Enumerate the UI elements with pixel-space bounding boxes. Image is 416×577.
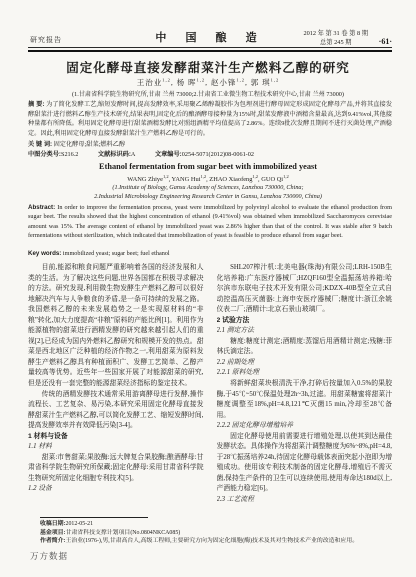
article-meta-line: 中图分类号:S216.2 文献标识码:A 文章编号:0254-5071(2012… [28,149,392,158]
keywords-en-text: immobilized yeast; sugar beet; fuel etha… [63,250,170,257]
author-name: 郭 琪 [251,78,271,87]
author-name: WANG Zhiye [127,176,163,183]
affiliation-en: (1.Institute of Biology, Gansu Academy o… [0,184,416,202]
abstract-en-label: Abstract: [28,204,55,211]
section-heading: 1.2 设备 [28,484,204,495]
keywords-cn: 关 键 词: 固定化酵母;甜菜;燃料乙醇 [28,139,392,148]
section-heading: 2.2.1 原料处理 [217,368,393,379]
abstract-en: Abstract: In order to improve the fermen… [28,203,392,240]
wanfang-watermark: 万方数据 [30,550,68,562]
section-heading: 2 试验方法 [217,316,393,327]
document-code: 文献标识码:A [98,151,135,158]
article-title-en: Ethanol fermentation from sugar beet wit… [0,162,416,171]
author-affiliation-sup: 1,2 [162,78,171,83]
body-column-left: 目前,能源和粮食问题严重影响着各国的经济发展和人类的生活。为了解决这些问题,世界… [28,263,204,513]
section-heading: 2.2 前期处理 [217,358,393,369]
section-heading: 2.1 测定方法 [217,326,393,337]
header-rule-thick [28,50,392,52]
author-affiliation-sup: 1,2 [197,78,206,83]
body-columns: 目前,能源和粮食问题严重影响着各国的经济发展和人类的生活。为了解决这些问题,世界… [28,263,392,513]
authors-en: WANG Zhiye1,2, YANG Hui1,2, ZHAO Xiaofen… [0,174,416,183]
body-paragraph: 甜菜:市售甜菜;果胶酶:远大牌复合果胶酶;酿酒酵母:甘肃省科学院生物研究所保藏;… [28,453,204,485]
footnote-block: 收稿日期:2012-05-21 基金项目:甘肃省科技支撑计划项目(No.0804… [40,520,392,546]
footnote-fund: 基金项目:甘肃省科技支撑计划项目(No.0804NKCA085) [40,529,392,538]
journal-header: 研究报告 中 国 酿 造 2012 年 第 31 卷 第 8 期 总第 245 … [28,27,392,47]
abstract-en-text: In order to improve the fermentation pro… [28,204,392,239]
author-affiliation-sup: 1,2 [252,174,258,179]
keywords-en-label: Key words: [28,250,61,257]
author-affiliation-sup: 1,2 [200,174,206,179]
body-paragraph: 固定化酵母使用前需要进行增殖处理,以使其到达最佳发酵状态。具体操作为将甜菜汁调整… [217,432,393,495]
issue-volume: 2012 年 第 31 卷 第 8 期 [303,30,368,37]
section-heading: 1.1 材料 [28,442,204,453]
affiliation-en-line1: (1.Institute of Biology, Gansu Academy o… [112,184,303,191]
author-affiliation-sup: 1,2 [236,78,245,83]
scanned-paper-page: 研究报告 中 国 酿 造 2012 年 第 31 卷 第 8 期 总第 245 … [0,0,416,577]
footnote-received: 收稿日期:2012-05-21 [40,520,392,529]
body-column-right: SHL207榨汁机:北美电器(珠海)有限公司;LRH-150B生化培养箱:广东医… [217,263,393,513]
author-name: 王治业 [137,78,163,87]
affiliation-en-line2: 2.Industrial Microbiology Engineering Re… [94,193,322,200]
abstract-cn-text: 为了简化发酵工艺,缩短发酵时间,提高发酵效率,采用聚乙烯醇凝胶作为包埋剂进行酵母… [28,101,392,137]
section-heading: 1 材料与设备 [28,432,204,443]
keywords-cn-label: 关 键 词: [28,141,52,148]
author-affiliation-sup: 1,2 [163,174,169,179]
author-name: GUO Qi [261,176,283,183]
page-number: ·61· [379,37,392,46]
body-paragraph: SHL207榨汁机:北美电器(珠海)有限公司;LRH-150B生化培养箱:广东医… [217,263,393,316]
author-affiliation-sup: 1,2 [271,78,280,83]
article-id: 文章编号:0254-5071(2012)08-0061-02 [155,151,254,158]
article-title-cn: 固定化酵母直接发酵甜菜汁生产燃料乙醇的研究 [0,58,416,76]
issue-info: 2012 年 第 31 卷 第 8 期 总第 245 期 [303,30,368,47]
author-affiliation-sup: 1,2 [283,174,289,179]
affiliation-cn: (1.甘肃省科学院生物研究所,甘肃 兰州 73000;2.甘肃省工业微生物工程技… [0,89,416,98]
author-name: YANG Hui [172,176,201,183]
author-name: 杨 晖 [177,78,197,87]
body-paragraph: 传统的酒精发酵技术通常采用游离酵母进行发酵,操作流程长、工艺复杂、易污染,本研究… [28,390,204,432]
author-name: ZHAO Xiaofeng [209,176,252,183]
body-paragraph: 目前,能源和粮食问题严重影响着各国的经济发展和人类的生活。为了解决这些问题,世界… [28,263,204,390]
footnote-author-bio: 作者简介:王治业(1976-),男,甘肃高台人,高级工程师,主要研究方向为固定化… [40,537,392,546]
body-paragraph: 糖度:糖度计测定;酒精度:蒸馏后用酒精计测定;残糖:菲林氏滴定法。 [217,337,393,358]
issue-total: 总第 245 期 [320,39,351,46]
body-paragraph: 将新鲜甜菜块根清洗干净,打碎后按量加入0.5%的果胶酶,于45℃~50℃保温处理… [217,379,393,421]
keywords-en: Key words: immobilized yeast; sugar beet… [28,250,392,257]
abstract-cn-label: 摘 要: [28,101,44,108]
section-heading: 2.3 工艺流程 [217,495,393,506]
keywords-cn-text: 固定化酵母;甜菜;燃料乙醇 [54,141,126,148]
clc-number: 中图分类号:S216.2 [28,151,78,158]
authors-cn: 王治业1,2, 杨 晖1,2, 赵小锋1,2, 郭 琪1,2 [0,77,416,88]
header-rule-thin [28,47,392,48]
abstract-cn: 摘 要: 为了简化发酵工艺,缩短发酵时间,提高发酵效率,采用聚乙烯醇凝胶作为包埋… [28,100,392,138]
section-heading: 2.2.2 固定化酵母增殖培养 [217,421,393,432]
author-name: 赵小锋 [211,78,237,87]
footnote-rule [40,517,148,518]
